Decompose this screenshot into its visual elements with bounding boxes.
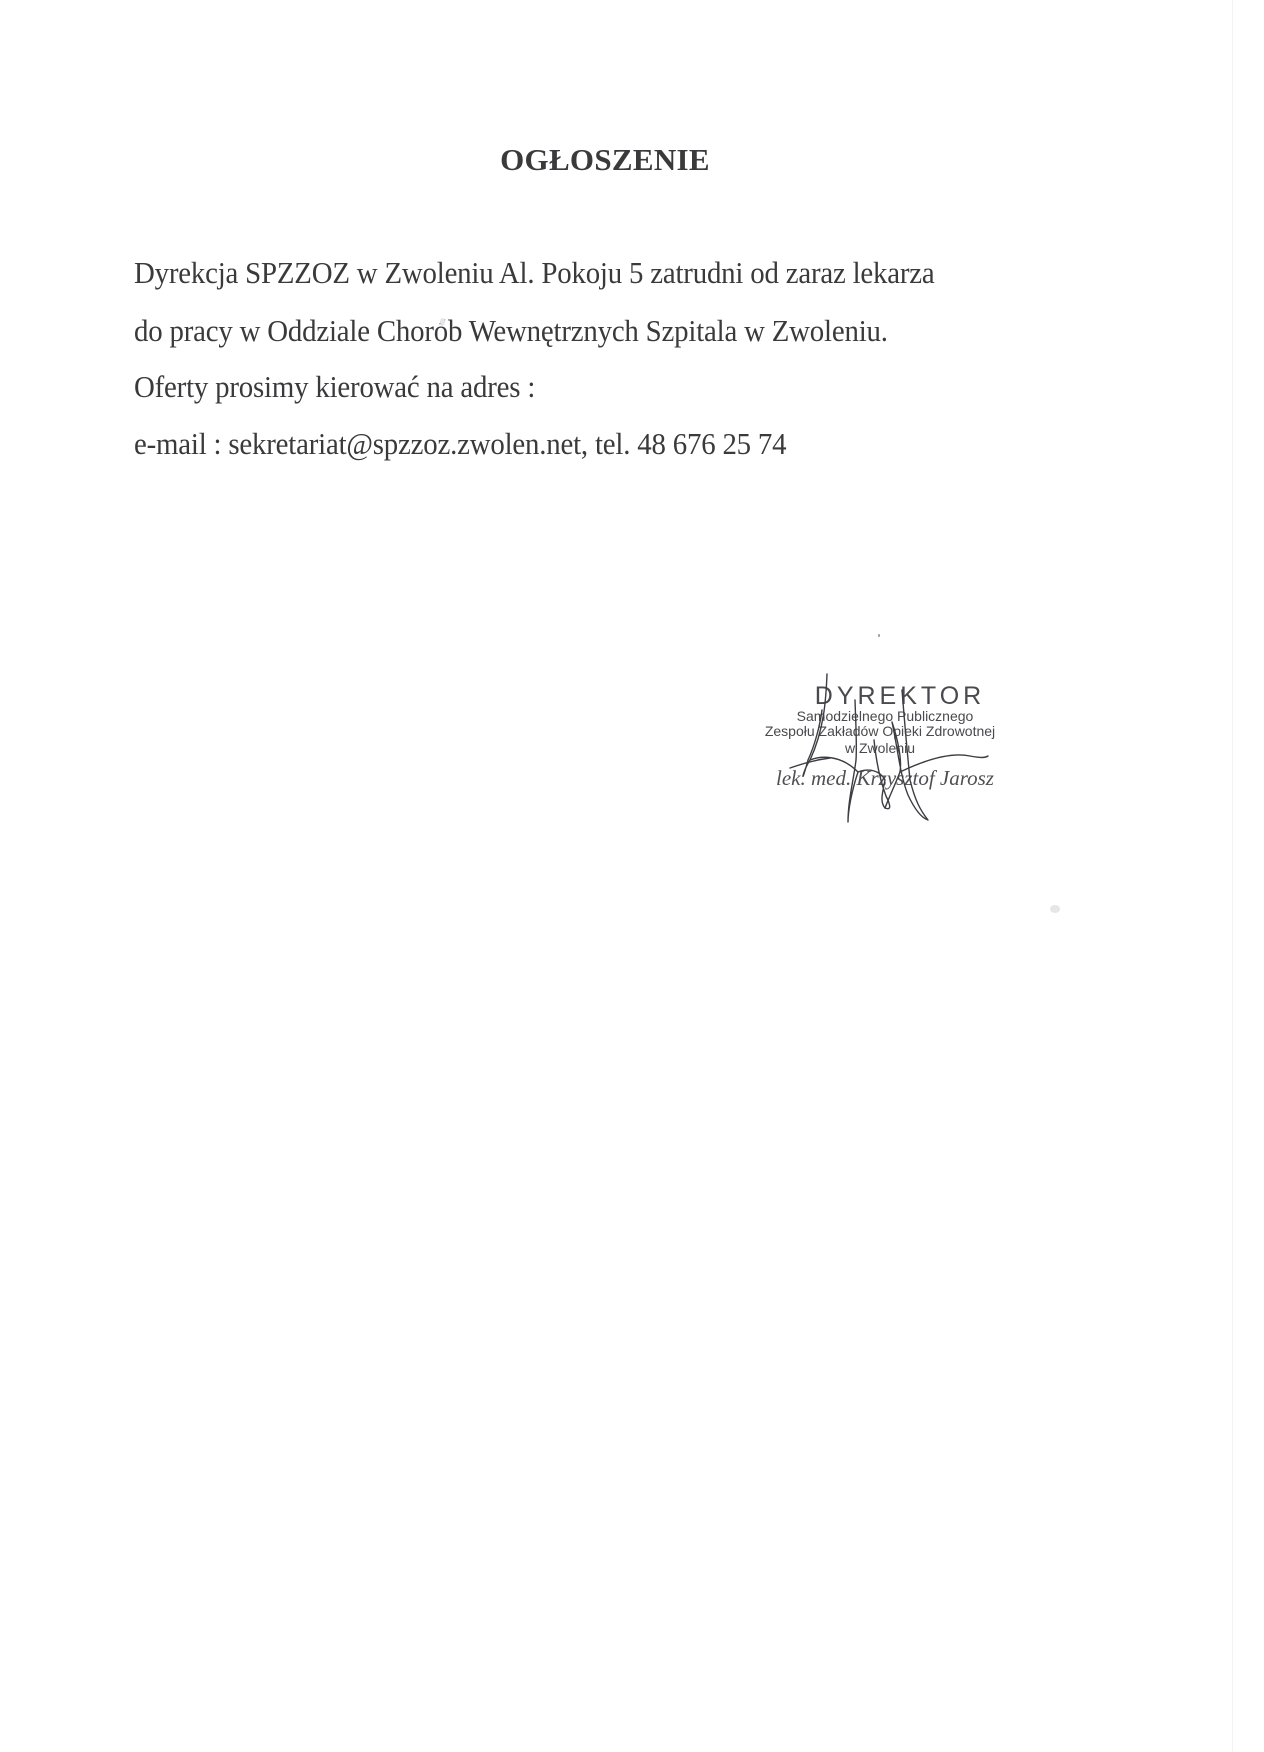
stamp-line-3: w Zwoleniu (730, 740, 1030, 756)
stamp-line-2: Zespołu Zakładów Opieki Zdrowotnej (730, 723, 1030, 739)
scan-speck (1050, 905, 1060, 913)
body-line-1: Dyrekcja SPZZOZ w Zwoleniu Al. Pokoju 5 … (134, 255, 935, 291)
scan-speck (440, 318, 445, 326)
contact-line: e-mail : sekretariat@spzzoz.zwolen.net, … (134, 426, 786, 462)
scan-edge-line (1232, 0, 1233, 1752)
scanned-page: OGŁOSZENIE Dyrekcja SPZZOZ w Zwoleniu Al… (0, 0, 1264, 1752)
body-line-3: Oferty prosimy kierować na adres : (134, 369, 535, 405)
document-title: OGŁOSZENIE (0, 142, 1210, 178)
stamp-name: lek. med. Krzysztof Jarosz (735, 766, 1035, 791)
director-stamp: DYREKTOR Samodzielnego Publicznego Zespo… (740, 660, 1040, 840)
body-line-2: do pracy w Oddziale Chorób Wewnętrznych … (134, 313, 888, 349)
scan-speck (878, 634, 880, 637)
stamp-line-1: Samodzielnego Publicznego (735, 708, 1035, 724)
stamp-title: DYREKTOR (750, 682, 1050, 711)
